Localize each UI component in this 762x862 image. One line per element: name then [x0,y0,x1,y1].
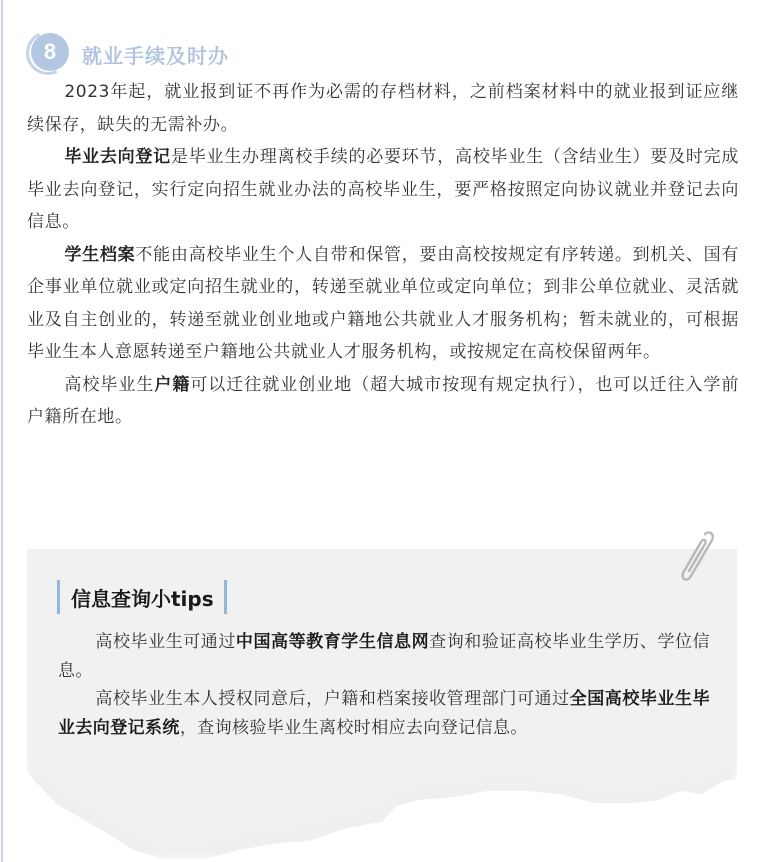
tips-text: 高校毕业生可通过 [95,632,236,652]
bold-term: 毕业去向登记 [64,147,171,167]
bold-term: 户籍 [154,375,190,395]
tips-heading-label: 信息查询小tips [60,583,224,612]
tips-text: ，查询核验毕业生离校时相应去向登记信息。 [180,718,528,738]
paragraph-text: 2023年起，就业报到证不再作为必需的存档材料，之前档案材料中的就业报到证应继续… [27,82,739,135]
section-number-badge: 8 [26,31,72,77]
paragraph-student-archives: 学生档案不能由高校毕业生个人自带和保管，要由高校按规定有序转递。到机关、国有企事… [27,239,739,369]
tips-item: 高校毕业生本人授权同意后，户籍和档案接收管理部门可通过全国高校毕业生毕业去向登记… [58,685,710,742]
tips-item: 高校毕业生可通过中国高等教育学生信息网查询和验证高校毕业生学历、学位信息。 [58,628,710,685]
paragraph-report-certificate: 2023年起，就业报到证不再作为必需的存档材料，之前档案材料中的就业报到证应继续… [27,76,739,141]
paragraph-text: 高校毕业生 [64,375,154,395]
section-number: 8 [31,33,69,71]
tips-bold-term: 中国高等教育学生信息网 [236,632,429,652]
tips-heading: 信息查询小tips [57,580,227,614]
paperclip-icon [675,528,715,586]
paragraph-household-registration: 高校毕业生户籍可以迁往就业创业地（超大城市按现有规定执行），也可以迁往入学前户籍… [27,369,739,434]
bold-term: 学生档案 [64,245,135,265]
section-header: 8 就业手续及时办 [26,30,229,78]
tips-body: 高校毕业生可通过中国高等教育学生信息网查询和验证高校毕业生学历、学位信息。 高校… [58,628,710,742]
tips-text: 高校毕业生本人授权同意后，户籍和档案接收管理部门可通过 [95,689,569,709]
tips-heading-right-bar [224,580,227,614]
left-border-rule [1,0,3,862]
article-body: 2023年起，就业报到证不再作为必需的存档材料，之前档案材料中的就业报到证应继续… [27,76,739,434]
section-title: 就业手续及时办 [82,40,229,69]
paragraph-destination-registration: 毕业去向登记是毕业生办理离校手续的必要环节，高校毕业生（含结业生）要及时完成毕业… [27,141,739,239]
